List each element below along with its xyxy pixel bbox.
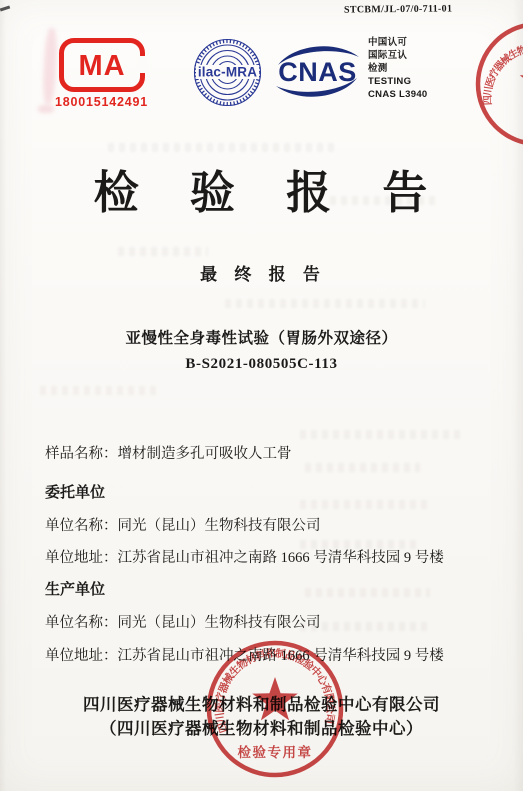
client-section-heading: 委托单位 <box>45 481 105 502</box>
client-address-value: 江苏省昆山市祖冲之南路 1666 号清华科技园 9 号楼 <box>118 550 444 566</box>
seal-caption: 检验专用章 <box>238 744 313 760</box>
ilac-mra-logo-icon: ilac-MRA <box>192 37 263 108</box>
manufacturer-name-row: 单位名称：同光（昆山）生物科技有限公司 <box>45 611 321 632</box>
cnas-wordmark: CNAS <box>278 57 357 87</box>
bleedthrough-artifact <box>300 500 430 509</box>
bleedthrough-artifact <box>300 430 465 439</box>
report-code: B-S2021-080505C-113 <box>0 356 523 373</box>
bleedthrough-artifact <box>305 463 420 472</box>
cma-logo-icon: MA <box>59 38 145 92</box>
sample-name-label: 样品名称： <box>45 446 118 462</box>
sample-name-value: 增材制造多孔可吸收人工骨 <box>118 446 292 462</box>
bleedthrough-artifact <box>108 143 338 152</box>
manufacturer-name-value: 同光（昆山）生物科技有限公司 <box>118 615 321 631</box>
bleedthrough-artifact <box>225 299 425 308</box>
client-name-row: 单位名称：同光（昆山）生物科技有限公司 <box>45 514 321 535</box>
cma-logo-letters: MA <box>78 52 125 81</box>
sample-name-row: 样品名称：增材制造多孔可吸收人工骨 <box>45 442 292 463</box>
report-title: 检 验 报 告 <box>0 156 523 221</box>
cma-certificate-number: 180015142491 <box>55 95 170 109</box>
official-seal-top-right: 四川医疗器械生物材料和制品检验中心有限公司 <box>468 14 523 154</box>
manufacturer-address-label: 单位地址： <box>45 648 118 664</box>
scan-corner-artifact <box>0 6 10 12</box>
document-control-number: STCBM/JL-07/0-711-01 <box>344 3 452 15</box>
report-subtitle: 最 终 报 告 <box>0 260 523 285</box>
report-page: STCBM/JL-07/0-711-01 MA 180015142491 ila… <box>0 0 523 791</box>
ilac-mra-wordmark: ilac-MRA <box>198 65 257 80</box>
bleedthrough-artifact <box>118 247 208 256</box>
ink-smudge <box>38 105 54 113</box>
manufacturer-section-heading: 生产单位 <box>45 578 105 599</box>
client-address-row: 单位地址：江苏省昆山市祖冲之南路 1666 号清华科技园 9 号楼 <box>45 546 444 567</box>
manufacturer-name-label: 单位名称： <box>45 615 118 631</box>
bleedthrough-artifact <box>40 386 160 395</box>
client-address-label: 单位地址： <box>45 550 118 566</box>
accreditation-line: TESTING <box>368 75 428 88</box>
test-name: 亚慢性全身毒性试验（胃肠外双途径） <box>0 326 523 348</box>
client-name-value: 同光（昆山）生物科技有限公司 <box>118 518 321 534</box>
accreditation-line: 检测 <box>368 62 428 75</box>
accreditation-text-block: 中国认可 国际互认 检测 TESTING CNAS L3940 <box>368 36 428 101</box>
accreditation-line: 国际互认 <box>368 49 428 62</box>
accreditation-line: 中国认可 <box>368 36 428 49</box>
accreditation-line: CNAS L3940 <box>368 88 428 101</box>
inspection-seal: 四川医疗器械生物材料和制品检验中心有限公司 检验专用章 <box>203 635 348 787</box>
client-name-label: 单位名称： <box>45 518 118 534</box>
bleedthrough-artifact <box>305 588 430 597</box>
cnas-logo-icon: CNAS <box>271 42 364 102</box>
cma-accreditation-mark: MA 180015142491 <box>55 38 170 109</box>
